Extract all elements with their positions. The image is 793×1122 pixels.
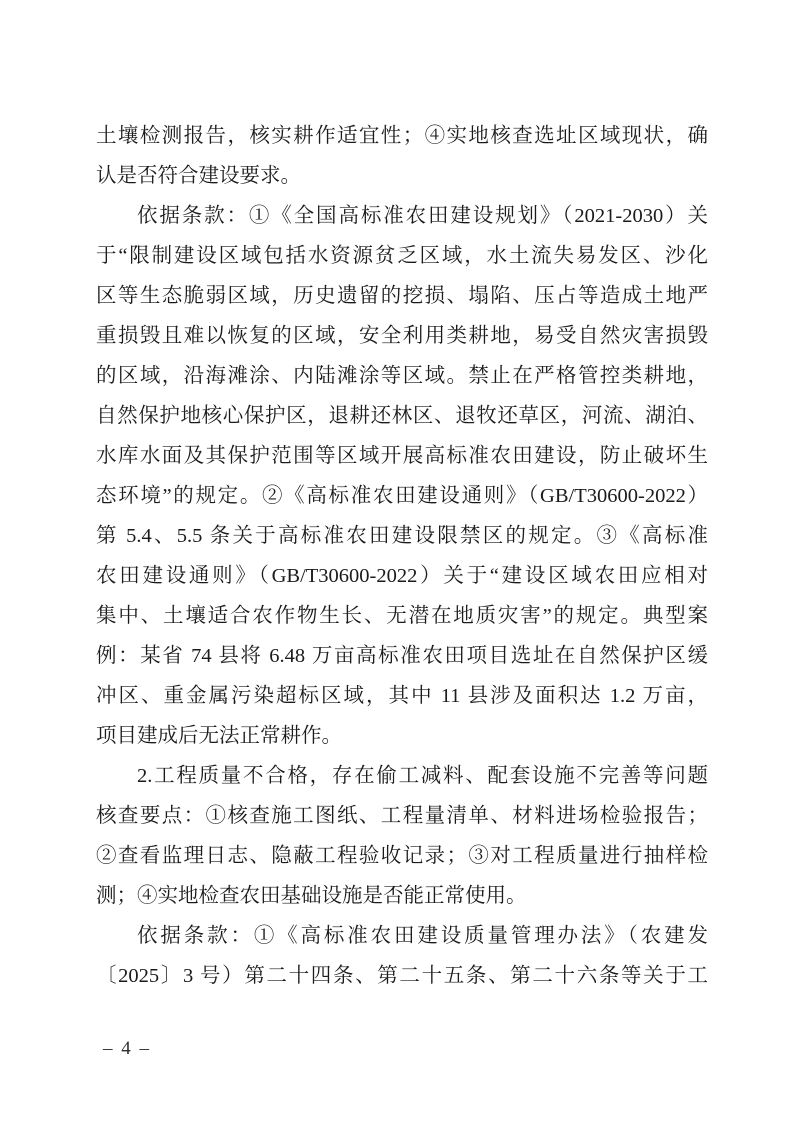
- text-line: 核查要点：①核查施工图纸、工程量清单、材料进场检验报告；: [96, 796, 708, 836]
- text-line: 土壤检测报告，核实耕作适宜性；④实地核查选址区域现状，确: [96, 116, 708, 156]
- text-line: 水库水面及其保护范围等区域开展高标准农田建设，防止破坏生: [96, 436, 708, 476]
- text-line: 重损毁且难以恢复的区域，安全利用类耕地，易受自然灾害损毁: [96, 316, 708, 356]
- text-line: 态环境”的规定。②《高标准农田建设通则》（GB/T30600-2022）: [96, 476, 708, 516]
- text-line: 2.工程质量不合格，存在偷工减料、配套设施不完善等问题: [96, 756, 708, 796]
- text-line: 农田建设通则》（GB/T30600-2022）关于“建设区域农田应相对: [96, 556, 708, 596]
- text-line: 第 5.4、5.5 条关于高标准农田建设限禁区的规定。③《高标准: [96, 516, 708, 556]
- text-line: 冲区、重金属污染超标区域，其中 11 县涉及面积达 1.2 万亩，: [96, 676, 708, 716]
- text-line: 项目建成后无法正常耕作。: [96, 716, 708, 756]
- text-line: 例：某省 74 县将 6.48 万亩高标准农田项目选址在自然保护区缓: [96, 636, 708, 676]
- text-line: 的区域，沿海滩涂、内陆滩涂等区域。禁止在严格管控类耕地，: [96, 356, 708, 396]
- text-line: 测；④实地检查农田基础设施是否能正常使用。: [96, 876, 708, 916]
- text-line: 集中、土壤适合农作物生长、无潜在地质灾害”的规定。典型案: [96, 596, 708, 636]
- text-line: 〔2025〕3 号）第二十四条、第二十五条、第二十六条等关于工: [96, 956, 708, 996]
- document-page: 土壤检测报告，核实耕作适宜性；④实地核查选址区域现状，确认是否符合建设要求。依据…: [0, 0, 793, 1122]
- document-body: 土壤检测报告，核实耕作适宜性；④实地核查选址区域现状，确认是否符合建设要求。依据…: [96, 116, 708, 996]
- text-line: 认是否符合建设要求。: [96, 156, 708, 196]
- text-line: 于“限制建设区域包括水资源贫乏区域，水土流失易发区、沙化: [96, 236, 708, 276]
- text-line: ②查看监理日志、隐蔽工程验收记录；③对工程质量进行抽样检: [96, 836, 708, 876]
- text-line: 依据条款：①《全国高标准农田建设规划》（2021-2030）关: [96, 196, 708, 236]
- text-line: 区等生态脆弱区域，历史遗留的挖损、塌陷、压占等造成土地严: [96, 276, 708, 316]
- text-line: 自然保护地核心保护区，退耕还林区、退牧还草区，河流、湖泊、: [96, 396, 708, 436]
- text-line: 依据条款：①《高标准农田建设质量管理办法》（农建发: [96, 916, 708, 956]
- page-number: – 4 –: [103, 1037, 151, 1061]
